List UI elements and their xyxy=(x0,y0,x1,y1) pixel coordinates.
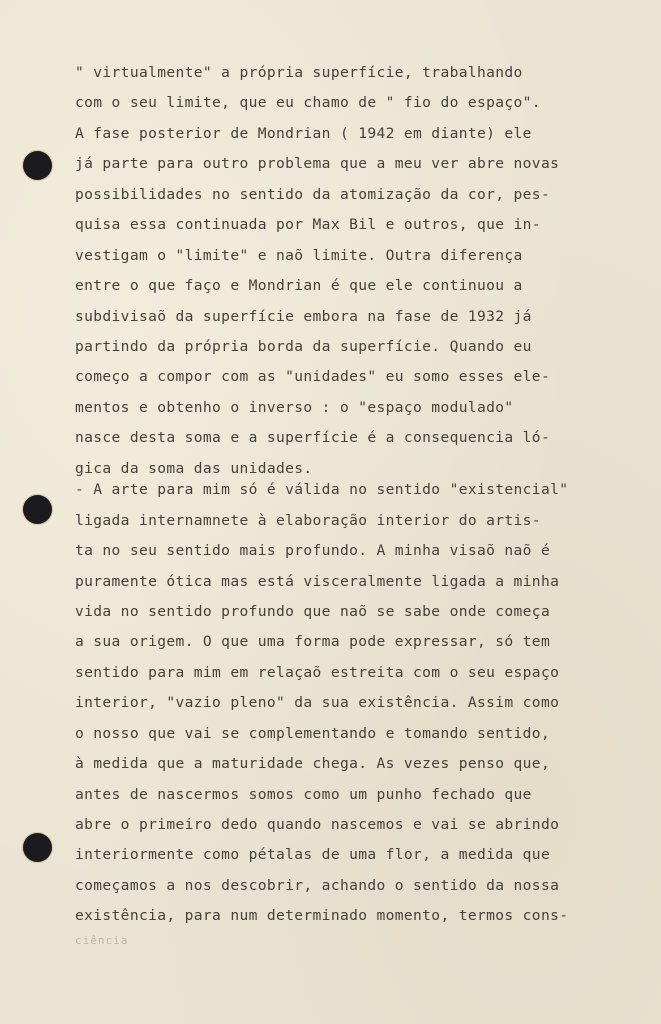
punch-hole xyxy=(23,151,52,180)
text-line: quisa essa continuada por Max Bil e outr… xyxy=(75,210,645,240)
text-line: ligada internamnete à elaboração interio… xyxy=(75,506,645,536)
text-line: mentos e obtenho o inverso : o "espaço m… xyxy=(75,393,645,423)
text-line: começamos a nos descobrir, achando o sen… xyxy=(75,871,645,901)
text-line: partindo da própria borda da superfície.… xyxy=(75,332,645,362)
text-line: " virtualmente" a própria superfície, tr… xyxy=(75,58,645,88)
text-line: ta no seu sentido mais profundo. A minha… xyxy=(75,536,645,566)
text-line: à medida que a maturidade chega. As veze… xyxy=(75,749,645,779)
text-line: - A arte para mim só é válida no sentido… xyxy=(75,475,645,505)
text-line: sentido para mim em relaçaõ estreita com… xyxy=(75,658,645,688)
typewritten-page: " virtualmente" a própria superfície, tr… xyxy=(0,0,661,1024)
text-line: vestigam o "limite" e naõ limite. Outra … xyxy=(75,241,645,271)
text-line: antes de nascermos somos como um punho f… xyxy=(75,780,645,810)
text-line: subdivisaõ da superfície embora na fase … xyxy=(75,302,645,332)
bleed-through-text: ciência xyxy=(75,934,128,947)
text-line: a sua origem. O que uma forma pode expre… xyxy=(75,627,645,657)
text-line: vida no sentido profundo que naõ se sabe… xyxy=(75,597,645,627)
text-line: o nosso que vai se complementando e toma… xyxy=(75,719,645,749)
text-line: interior, "vazio pleno" da sua existênci… xyxy=(75,688,645,718)
punch-hole xyxy=(23,833,52,862)
text-line: existência, para num determinado momento… xyxy=(75,901,645,931)
text-line: A fase posterior de Mondrian ( 1942 em d… xyxy=(75,119,645,149)
text-line: interiormente como pétalas de uma flor, … xyxy=(75,840,645,870)
text-line: possibilidades no sentido da atomização … xyxy=(75,180,645,210)
text-line: puramente ótica mas está visceralmente l… xyxy=(75,567,645,597)
text-line: já parte para outro problema que a meu v… xyxy=(75,149,645,179)
text-line: com o seu limite, que eu chamo de " fio … xyxy=(75,88,645,118)
text-line: abre o primeiro dedo quando nascemos e v… xyxy=(75,810,645,840)
text-line: começo a compor com as "unidades" eu som… xyxy=(75,362,645,392)
text-line: nasce desta soma e a superfície é a cons… xyxy=(75,423,645,453)
text-line: gica da soma das unidades. xyxy=(75,454,645,476)
body-text: " virtualmente" a própria superfície, tr… xyxy=(75,58,645,932)
punch-hole xyxy=(23,495,52,524)
text-line: entre o que faço e Mondrian é que ele co… xyxy=(75,271,645,301)
